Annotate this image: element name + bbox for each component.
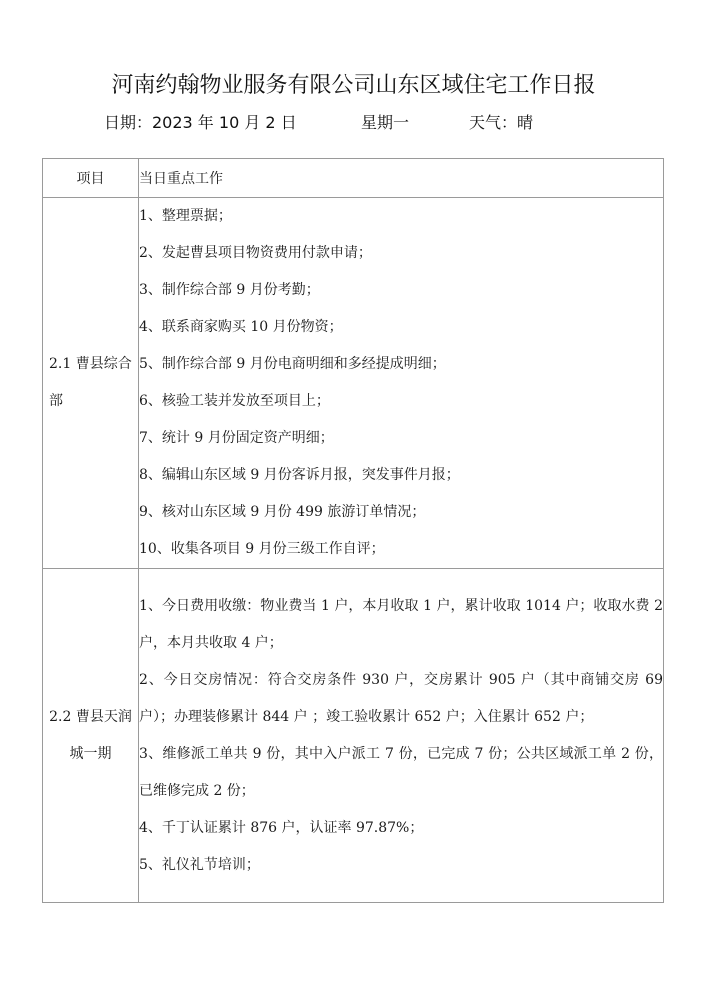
work-line: 2、发起曹县项目物资费用付款申请； (139, 235, 663, 272)
row-work-list: 1、整理票据； 2、发起曹县项目物资费用付款申请； 3、制作综合部 9 月份考勤… (139, 198, 664, 569)
report-weather: 天气：晴 (469, 110, 533, 133)
work-line: 3、维修派工单共 9 份，其中入户派工 7 份，已完成 7 份；公共区域派工单 … (139, 736, 663, 810)
work-line: 2、今日交房情况：符合交房条件 930 户，交房累计 905 户（其中商铺交房 … (139, 662, 663, 736)
work-line: 1、今日费用收缴：物业费当 1 户，本月收取 1 户，累计收取 1014 户；收… (139, 588, 663, 662)
work-line: 3、制作综合部 9 月份考勤； (139, 272, 663, 309)
work-line: 6、核验工装并发放至项目上； (139, 383, 663, 420)
daily-work-table: 项目 当日重点工作 2.1 曹县综合部 1、整理票据； 2、发起曹县项目物资费用… (42, 158, 664, 903)
work-line: 7、统计 9 月份固定资产明细； (139, 420, 663, 457)
row-item-label: 2.1 曹县综合部 (43, 198, 139, 569)
table-row: 2.2 曹县天润城一期 1、今日费用收缴：物业费当 1 户，本月收取 1 户，累… (43, 569, 664, 903)
header-work: 当日重点工作 (139, 159, 664, 198)
work-line: 1、整理票据； (139, 198, 663, 235)
work-line: 8、编辑山东区域 9 月份客诉月报，突发事件月报； (139, 457, 663, 494)
document-title: 河南约翰物业服务有限公司山东区域住宅工作日报 (0, 68, 707, 99)
table-row: 2.1 曹县综合部 1、整理票据； 2、发起曹县项目物资费用付款申请； 3、制作… (43, 198, 664, 569)
work-line: 9、核对山东区域 9 月份 499 旅游订单情况； (139, 494, 663, 531)
header-item: 项目 (43, 159, 139, 198)
work-line: 5、礼仪礼节培训； (139, 847, 663, 884)
work-line: 10、收集各项目 9 月份三级工作自评； (139, 531, 663, 568)
report-weekday: 星期一 (361, 110, 409, 133)
work-line: 4、联系商家购买 10 月份物资； (139, 309, 663, 346)
report-meta: 日期：2023 年 10 月 2 日 星期一 天气：晴 (104, 110, 664, 132)
report-date: 日期：2023 年 10 月 2 日 (104, 110, 297, 133)
work-line: 5、制作综合部 9 月份电商明细和多经提成明细； (139, 346, 663, 383)
row-item-label: 2.2 曹县天润城一期 (43, 569, 139, 903)
work-line: 4、千丁认证累计 876 户，认证率 97.87%； (139, 810, 663, 847)
table-header-row: 项目 当日重点工作 (43, 159, 664, 198)
row-work-list: 1、今日费用收缴：物业费当 1 户，本月收取 1 户，累计收取 1014 户；收… (139, 569, 664, 903)
